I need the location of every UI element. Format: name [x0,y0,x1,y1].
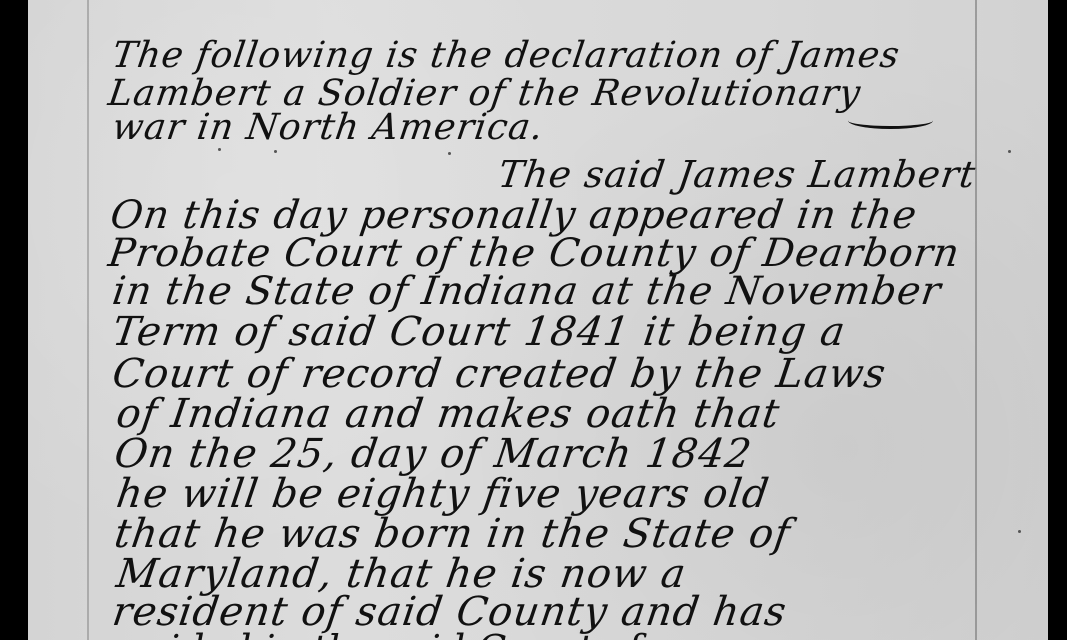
left-margin-rule [87,0,89,640]
manuscript-line: Maryland, that he is now a [114,554,689,594]
paper-speck [274,150,277,153]
paper-speck [218,148,221,151]
paper-speck [1008,150,1011,153]
manuscript-page: The following is the declaration of Jame… [28,0,1048,640]
manuscript-line: that he was born in the State of [112,514,793,554]
manuscript-line: Probate Court of the County of Dearborn [106,234,962,273]
manuscript-line-partial: resided in the said County for [108,630,682,640]
right-margin-rule [975,0,977,640]
manuscript-line: he will be eighty five years old [114,474,772,514]
ink-flourish [848,112,933,129]
paper-speck [1018,530,1021,533]
manuscript-line: Court of record created by the Laws [110,354,889,394]
manuscript-line: in the State of Indiana at the November [110,272,944,311]
manuscript-line: of Indiana and makes oath that [114,394,782,434]
manuscript-line: war in North America. [110,110,546,146]
manuscript-line: On this day personally appeared in the [108,196,920,235]
manuscript-line: Term of said Court 1841 it being a [110,312,848,352]
document-viewer: The following is the declaration of Jame… [0,0,1067,640]
manuscript-line: resident of said County and has [110,592,789,632]
paper-speck [448,152,451,155]
manuscript-line: On the 25, day of March 1842 [112,434,754,474]
manuscript-line: The following is the declaration of Jame… [110,38,902,74]
manuscript-line: The said James Lambert [496,156,978,193]
